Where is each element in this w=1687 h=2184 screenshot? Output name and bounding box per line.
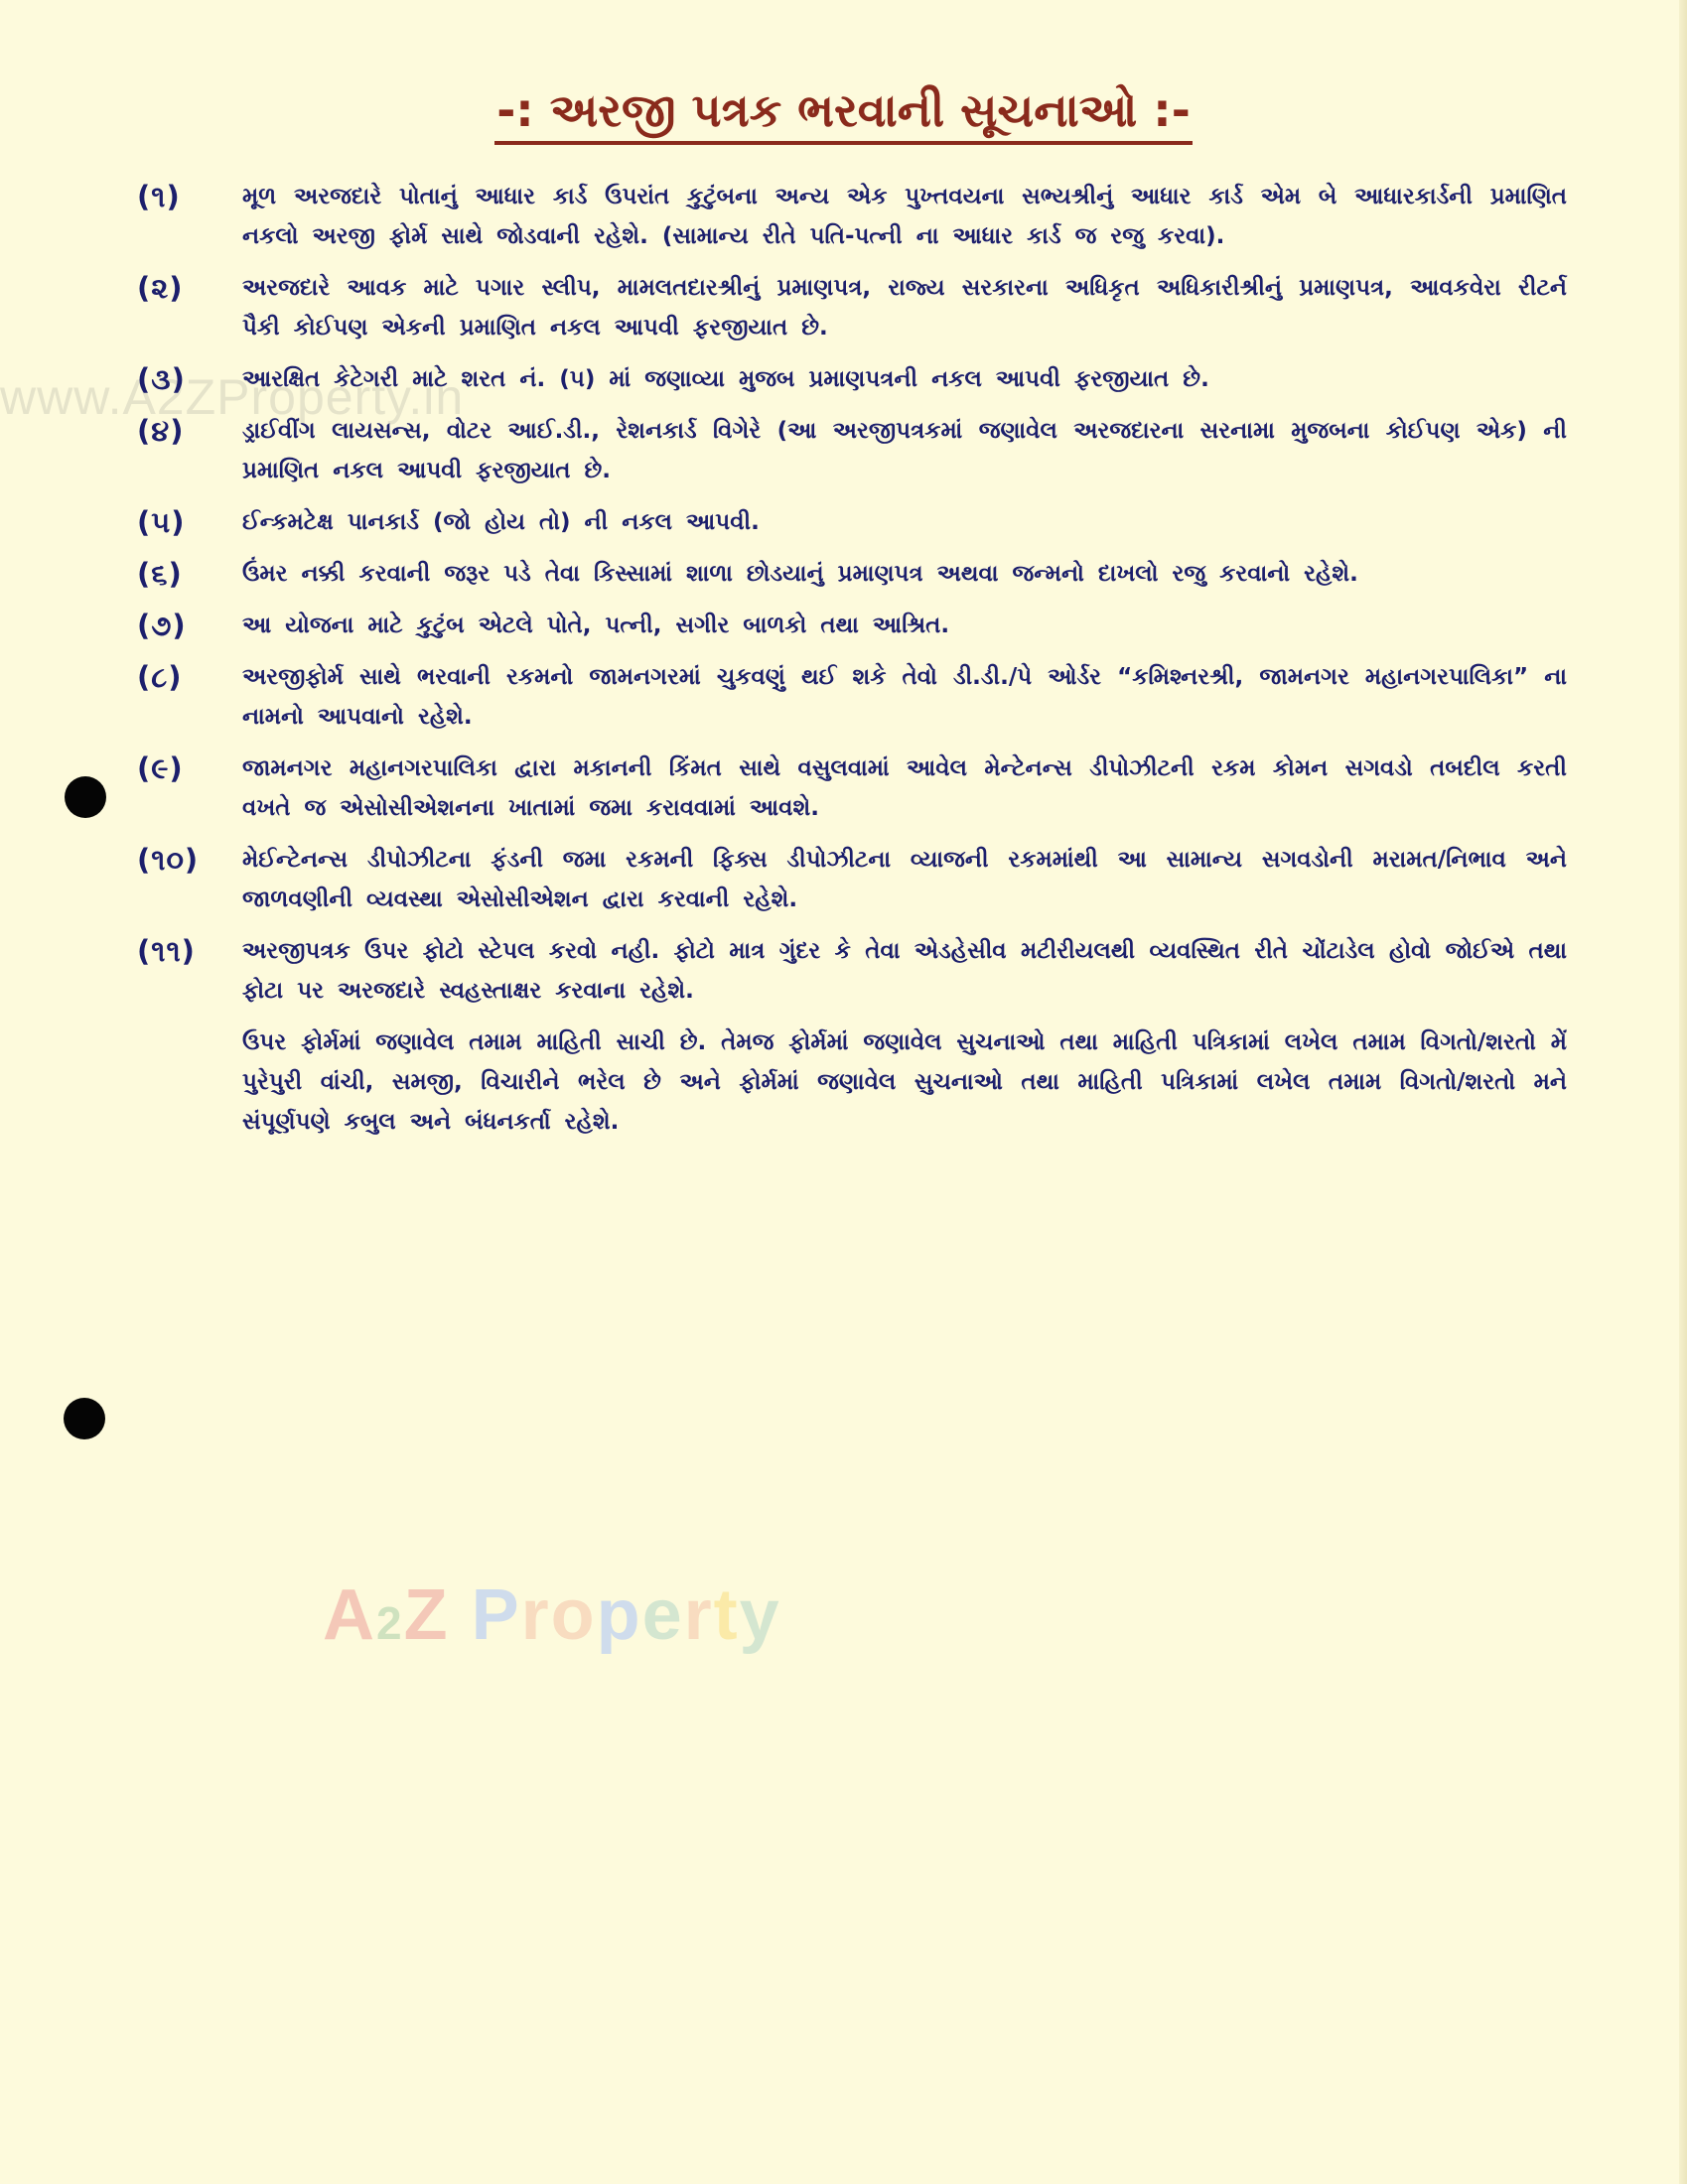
item-number: (૧) [137,177,242,216]
logo-letter: y [740,1575,781,1655]
item-text: આરક્ષિત કેટેગરી માટે શરત નં. (૫) માં જણા… [242,359,1567,399]
instruction-item: (૨) અરજદારે આવક માટે પગાર સ્લીપ, મામલતદા… [137,268,1567,347]
item-text: જામનગર મહાનગરપાલિકા દ્વારા મકાનની કિંમત … [242,749,1567,828]
logo-letter: ro [521,1575,597,1655]
declaration-text: ઉપર ફોર્મમાં જણાવેલ તમામ માહિતી સાચી છે.… [242,1023,1567,1142]
instruction-item: (૩) આરક્ષિત કેટેગરી માટે શરત નં. (૫) માં… [137,359,1567,399]
instruction-item: (૧૧) અરજીપત્રક ઉપર ફોટો સ્ટેપલ કરવો નહી.… [137,931,1567,1011]
logo-letter: Z [404,1575,450,1655]
logo-letter: e [642,1575,684,1655]
instruction-item: (૫) ઈન્કમટેક્ષ પાનકાર્ડ (જો હોય તો) ની ન… [137,502,1567,542]
logo-letter: 2 [376,1597,404,1649]
instruction-item: (૯) જામનગર મહાનગરપાલિકા દ્વારા મકાનની કિ… [137,749,1567,828]
item-number: (૧૧) [137,931,242,971]
punch-hole [64,1398,105,1439]
item-text: અરજીફોર્મ સાથે ભરવાની રકમનો જામનગરમાં ચુ… [242,657,1567,737]
logo-letter: t [714,1575,740,1655]
item-number: (૬) [137,554,242,594]
item-text: ઈન્કમટેક્ષ પાનકાર્ડ (જો હોય તો) ની નકલ આ… [242,502,1567,542]
document-title-wrap: -: અરજી પત્રક ભરવાની સૂચનાઓ :- [0,81,1687,145]
logo-letter: P [472,1575,521,1655]
item-text: ડ્રાઈવીંગ લાયસન્સ, વોટર આઈ.ડી., રેશનકાર્… [242,411,1567,490]
punch-hole [65,776,106,818]
instruction-item: (૧) મૂળ અરજદારે પોતાનું આધાર કાર્ડ ઉપરાં… [137,177,1567,256]
instruction-list: (૧) મૂળ અરજદારે પોતાનું આધાર કાર્ડ ઉપરાં… [137,177,1567,1142]
page-edge [1679,0,1687,2184]
item-number: (૮) [137,657,242,697]
logo-letter: A [323,1575,376,1655]
logo-letter: r [684,1575,714,1655]
item-number: (૩) [137,359,242,399]
item-text: આ યોજના માટે કુટુંબ એટલે પોતે, પત્ની, સગ… [242,606,1567,645]
item-number: (૨) [137,268,242,308]
document-title: -: અરજી પત્રક ભરવાની સૂચનાઓ :- [494,81,1193,145]
item-number: (૫) [137,502,242,542]
a2z-property-logo-watermark: A2ZProperty [323,1573,781,1665]
item-number: (૪) [137,411,242,451]
instruction-item: (૧૦) મેઈન્ટેનન્સ ડીપોઝીટના ફંડની જમા રકમ… [137,840,1567,919]
item-text: મેઈન્ટેનન્સ ડીપોઝીટના ફંડની જમા રકમની ફિ… [242,840,1567,919]
instruction-item: (૬) ઉંમર નક્કી કરવાની જરૂર પડે તેવા કિસ્… [137,554,1567,594]
item-number: (૧૦) [137,840,242,880]
item-text: મૂળ અરજદારે પોતાનું આધાર કાર્ડ ઉપરાંત કુ… [242,177,1567,256]
instruction-item: (૭) આ યોજના માટે કુટુંબ એટલે પોતે, પત્ની… [137,606,1567,645]
item-number: (૯) [137,749,242,788]
item-text: અરજદારે આવક માટે પગાર સ્લીપ, મામલતદારશ્ર… [242,268,1567,347]
item-text: અરજીપત્રક ઉપર ફોટો સ્ટેપલ કરવો નહી. ફોટો… [242,931,1567,1011]
item-text: ઉંમર નક્કી કરવાની જરૂર પડે તેવા કિસ્સામા… [242,554,1567,594]
item-number: (૭) [137,606,242,645]
logo-letter: p [597,1575,642,1655]
instruction-item: (૮) અરજીફોર્મ સાથે ભરવાની રકમનો જામનગરમા… [137,657,1567,737]
instruction-item: (૪) ડ્રાઈવીંગ લાયસન્સ, વોટર આઈ.ડી., રેશન… [137,411,1567,490]
